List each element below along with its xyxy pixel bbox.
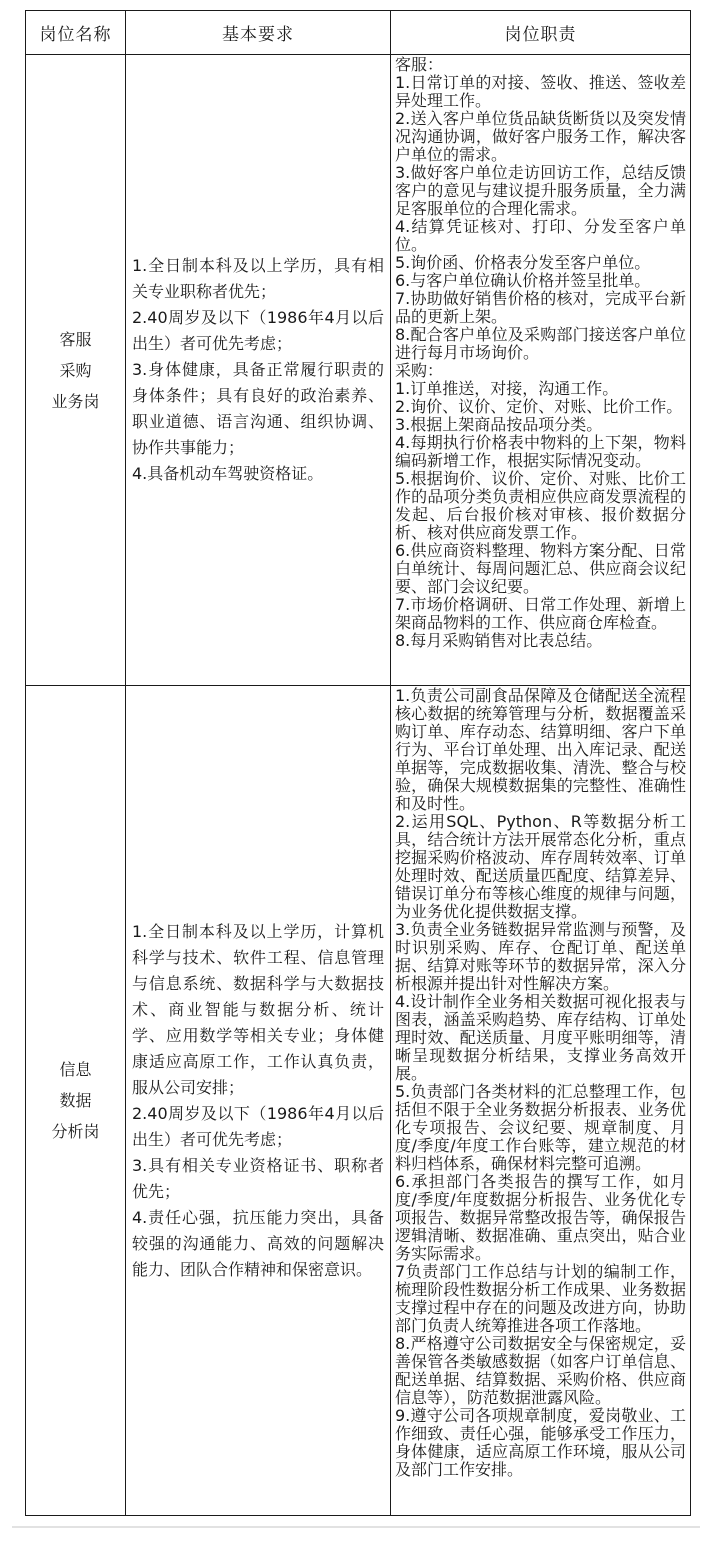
requirements-cell: 1.全日制本科及以上学历，具有相关专业职称者优先； 2.40周岁及以下（1986… (126, 55, 391, 685)
duties-text: 1.负责公司副食品保障及仓储配送全流程核心数据的统筹管理与分析，数据覆盖采购订单… (395, 687, 686, 1479)
requirements-text: 1.全日制本科及以上学历，具有相关专业职称者优先； 2.40周岁及以下（1986… (132, 253, 384, 487)
duties-text: 客服： 1.日常订单的对接、签收、推送、签收差异处理工作。 2.送入客户单位货品… (395, 56, 686, 650)
page-separator-line (12, 1526, 700, 1528)
duties-cell: 1.负责公司副食品保障及仓储配送全流程核心数据的统筹管理与分析，数据覆盖采购订单… (391, 686, 690, 1515)
table-row-customer-service-procurement: 客服 采购 业务岗 1.全日制本科及以上学历，具有相关专业职称者优先； 2.40… (26, 55, 690, 686)
requirements-cell: 1.全日制本科及以上学历，计算机科学与技术、软件工程、信息管理与信息系统、数据科… (126, 686, 391, 1515)
column-header-position-name: 岗位名称 (26, 11, 126, 54)
table-header-row: 岗位名称 基本要求 岗位职责 (26, 11, 690, 55)
position-name-cell: 信息 数据 分析岗 (26, 686, 126, 1515)
position-name-cell: 客服 采购 业务岗 (26, 55, 126, 685)
job-positions-table: 岗位名称 基本要求 岗位职责 客服 采购 业务岗 1.全日制本科及以上学历，具有… (25, 10, 691, 1516)
duties-cell: 客服： 1.日常订单的对接、签收、推送、签收差异处理工作。 2.送入客户单位货品… (391, 55, 690, 685)
column-header-basic-requirements: 基本要求 (126, 11, 391, 54)
requirements-text: 1.全日制本科及以上学历，计算机科学与技术、软件工程、信息管理与信息系统、数据科… (132, 919, 384, 1283)
table-row-information-data-analysis: 信息 数据 分析岗 1.全日制本科及以上学历，计算机科学与技术、软件工程、信息管… (26, 686, 690, 1515)
column-header-job-duties: 岗位职责 (391, 11, 690, 54)
